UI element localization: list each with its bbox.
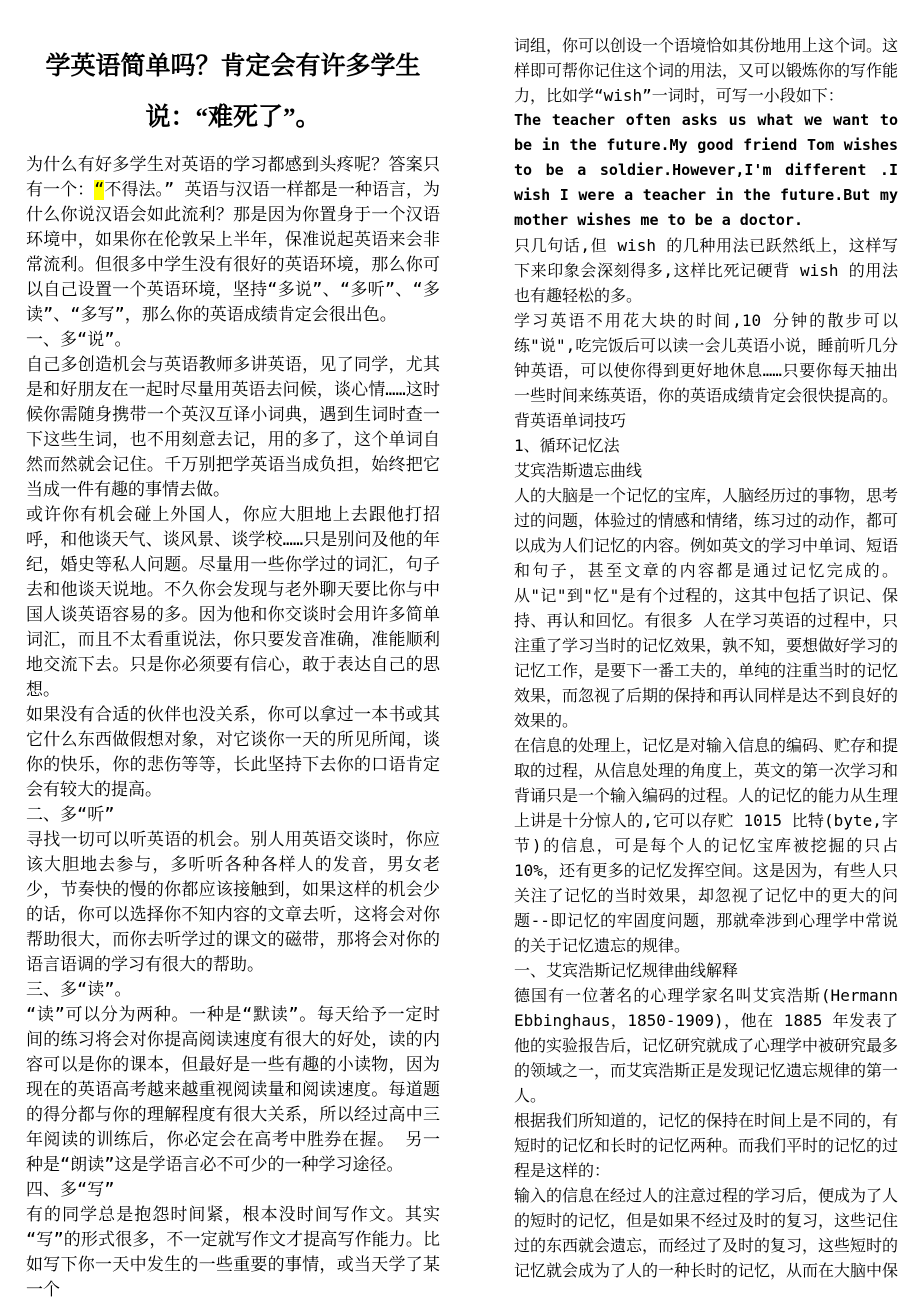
title-line-2: 说：“难死了”。 [145,104,320,131]
body-paragraph: 学习英语不用花大块的时间,10 分钟的散步可以练"说",吃完饭后可以读一会儿英语… [514,308,898,408]
body-paragraph: 根据我们所知道的，记忆的保持在时间上是不同的，有短时的记忆和长时的记忆两种。而我… [514,1108,898,1183]
english-example-paragraph: The teacher often asks us what we want t… [514,108,898,233]
highlighted-quote-mark: “ [94,180,104,200]
left-column: 学英语简单吗？肯定会有许多学生 说：“难死了”。 为什么有好多学生对英语的学习都… [26,33,440,1302]
intro-text-post: 不得法。” 英语与汉语一样都是一种语言，为什么你说汉语会如此流利？那是因为你置身… [26,180,440,325]
body-paragraph: 词组，你可以创设一个语境恰如其份地用上这个词。这样即可帮你记住这个词的用法，又可… [514,33,898,108]
body-paragraph: 有的同学总是抱怨时间紧，根本没时间写作文。其实“写”的形式很多，不一定就写作文才… [26,1203,440,1302]
body-paragraph: “读”可以分为两种。一种是“默读”。每天给予一定时间的练习将会对你提高阅读速度有… [26,1003,440,1178]
body-paragraph: 寻找一切可以听英语的机会。别人用英语交谈时，你应该大胆地去参与，多听听各种各样人… [26,828,440,978]
right-column: 词组，你可以创设一个语境恰如其份地用上这个词。这样即可帮你记住这个词的用法，又可… [514,33,898,1283]
body-paragraph: 德国有一位著名的心理学家名叫艾宾浩斯(Hermann Ebbinghaus，18… [514,983,898,1108]
body-paragraph: 人的大脑是一个记忆的宝库，人脑经历过的事物，思考过的问题，体验过的情感和情绪，练… [514,483,898,733]
title-line-1: 学英语简单吗？肯定会有许多学生 [45,53,420,80]
body-paragraph: 输入的信息在经过人的注意过程的学习后，便成为了人的短时的记忆，但是如果不经过及时… [514,1183,898,1283]
document-title: 学英语简单吗？肯定会有许多学生 说：“难死了”。 [26,41,440,143]
section-heading-vocab-tips: 背英语单词技巧 [514,408,898,433]
intro-paragraph: 为什么有好多学生对英语的学习都感到头疼呢？答案只有一个：“不得法。” 英语与汉语… [26,153,440,328]
section-heading-listen: 二、多“听” [26,803,440,828]
body-paragraph: 或许你有机会碰上外国人，你应大胆地上去跟他打招呼，和他谈天气、谈风景、谈学校……… [26,503,440,703]
body-paragraph: 在信息的处理上，记忆是对输入信息的编码、贮存和提取的过程，从信息处理的角度上，英… [514,733,898,958]
section-heading-read: 三、多“读”。 [26,978,440,1003]
section-heading-write: 四、多“写” [26,1178,440,1203]
section-heading-cycle-memory: 1、循环记忆法 [514,433,898,458]
body-paragraph: 如果没有合适的伙伴也没关系，你可以拿过一本书或其它什么东西做假想对象，对它谈你一… [26,703,440,803]
body-paragraph: 自己多创造机会与英语教师多讲英语，见了同学，尤其是和好朋友在一起时尽量用英语去问… [26,353,440,503]
section-heading-curve-explain: 一、艾宾浩斯记忆规律曲线解释 [514,958,898,983]
section-heading-ebbinghaus-curve: 艾宾浩斯遗忘曲线 [514,458,898,483]
section-heading-speak: 一、多“说”。 [26,328,440,353]
body-paragraph: 只几句话,但 wish 的几种用法已跃然纸上，这样写下来印象会深刻得多,这样比死… [514,233,898,308]
